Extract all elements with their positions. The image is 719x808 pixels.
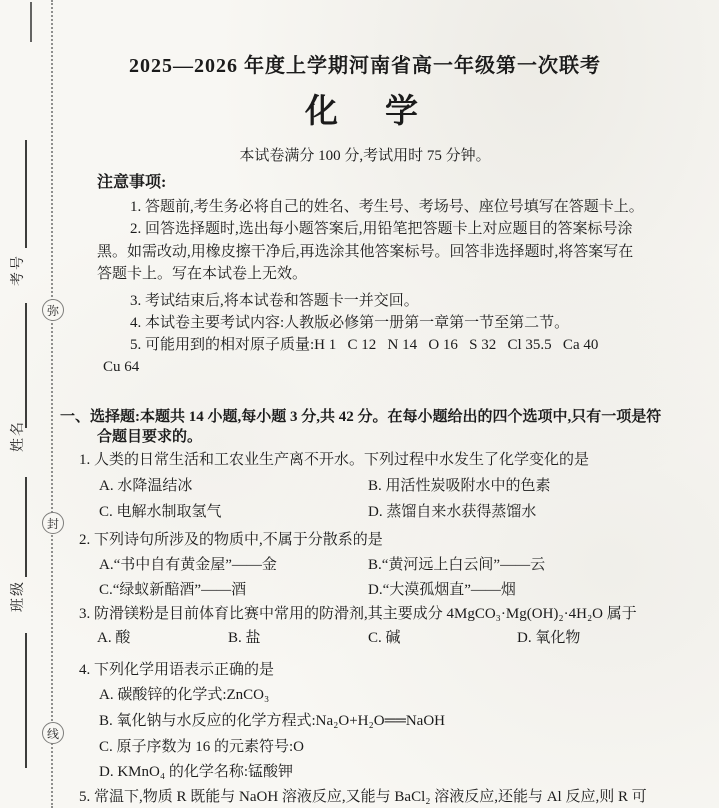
question-2-option-d: D.“大漠孤烟直”——烟 xyxy=(368,580,516,600)
exam-paper-page: 考号 姓名 班级 弥 封 线 2025—2026 年度上学期河南省高一年级第一次… xyxy=(0,0,719,808)
name-label: 姓名 xyxy=(2,421,32,451)
exam-info: 本试卷满分 100 分,考试用时 75 分钟。 xyxy=(55,144,675,165)
notice-line-4: 4. 本试卷主要考试内容:人教版必修第一册第一章第一节至第二节。 xyxy=(130,313,569,333)
margin-blank-line xyxy=(25,633,27,768)
question-1-stem: 1. 人类的日常生活和工农业生产离不开水。下列过程中水发生了化学变化的是 xyxy=(79,450,589,470)
name-blank-line xyxy=(25,303,27,428)
question-3-option-a: A. 酸 xyxy=(97,628,130,648)
question-3-option-b: B. 盐 xyxy=(228,628,261,648)
seal-char-feng: 封 xyxy=(42,512,64,534)
seal-char-feng-text: 封 xyxy=(47,515,59,532)
section-heading-line1: 一、选择题:本题共 14 小题,每小题 3 分,共 42 分。在每小题给出的四个… xyxy=(60,407,661,427)
seal-dotted-line xyxy=(51,0,53,808)
class-blank-line xyxy=(25,477,27,577)
margin-tick-line xyxy=(30,2,32,42)
question-2-option-b: B.“黄河远上白云间”——云 xyxy=(368,555,545,575)
section-heading-line2: 合题目要求的。 xyxy=(97,427,202,447)
question-1-option-b: B. 用活性炭吸附水中的色素 xyxy=(368,476,551,496)
question-3-option-d: D. 氧化物 xyxy=(517,628,580,648)
notice-line-5b: Cu 64 xyxy=(103,357,139,377)
notice-line-5: 5. 可能用到的相对原子质量:H 1 C 12 N 14 O 16 S 32 C… xyxy=(130,335,598,355)
question-3-option-c: C. 碱 xyxy=(368,628,401,648)
question-3-stem: 3. 防滑镁粉是目前体育比赛中常用的防滑剂,其主要成分 4MgCO₃·Mg(OH… xyxy=(79,604,637,624)
paper-subject: 化 学 xyxy=(55,85,675,132)
paper-title: 2025—2026 年度上学期河南省高一年级第一次联考 xyxy=(55,49,675,78)
question-4-option-c: C. 原子序数为 16 的元素符号:O xyxy=(99,737,304,757)
seal-char-xian-text: 线 xyxy=(47,725,59,742)
question-2-option-a: A.“书中自有黄金屋”——金 xyxy=(99,555,277,575)
seal-char-mi: 弥 xyxy=(42,299,64,321)
seal-char-xian: 线 xyxy=(42,722,64,744)
exam-number-blank-line xyxy=(25,140,27,248)
question-1-option-d: D. 蒸馏自来水获得蒸馏水 xyxy=(368,502,536,522)
seal-char-mi-text: 弥 xyxy=(47,302,59,319)
notice-line-2: 2. 回答选择题时,选出每小题答案后,用铅笔把答题卡上对应题目的答案标号涂 xyxy=(130,219,633,239)
question-2-stem: 2. 下列诗句所涉及的物质中,不属于分散系的是 xyxy=(79,530,383,550)
notice-line-2c: 答题卡上。写在本试卷上无效。 xyxy=(97,264,307,284)
exam-number-label: 考号 xyxy=(2,255,32,285)
question-4-stem: 4. 下列化学用语表示正确的是 xyxy=(79,660,274,680)
question-1-option-a: A. 水降温结冰 xyxy=(99,476,192,496)
question-4-option-a: A. 碳酸锌的化学式:ZnCO₃ xyxy=(99,685,269,705)
question-5-stem: 5. 常温下,物质 R 既能与 NaOH 溶液反应,又能与 BaCl₂ 溶液反应… xyxy=(79,787,647,807)
notice-line-1: 1. 答题前,考生务必将自己的姓名、考生号、考场号、座位号填写在答题卡上。 xyxy=(130,197,644,217)
question-4-option-d: D. KMnO₄ 的化学名称:锰酸钾 xyxy=(99,762,293,782)
class-label: 班级 xyxy=(2,581,32,611)
question-4-option-b: B. 氧化钠与水反应的化学方程式:Na₂O+H₂O══NaOH xyxy=(99,711,445,731)
notice-line-3: 3. 考试结束后,将本试卷和答题卡一并交回。 xyxy=(130,291,419,311)
notice-line-2b: 黑。如需改动,用橡皮擦干净后,再选涂其他答案标号。回答非选择题时,将答案写在 xyxy=(97,242,633,262)
question-2-option-c: C.“绿蚁新醅酒”——酒 xyxy=(99,580,246,600)
notice-heading: 注意事项: xyxy=(97,173,166,193)
question-1-option-c: C. 电解水制取氢气 xyxy=(99,502,222,522)
